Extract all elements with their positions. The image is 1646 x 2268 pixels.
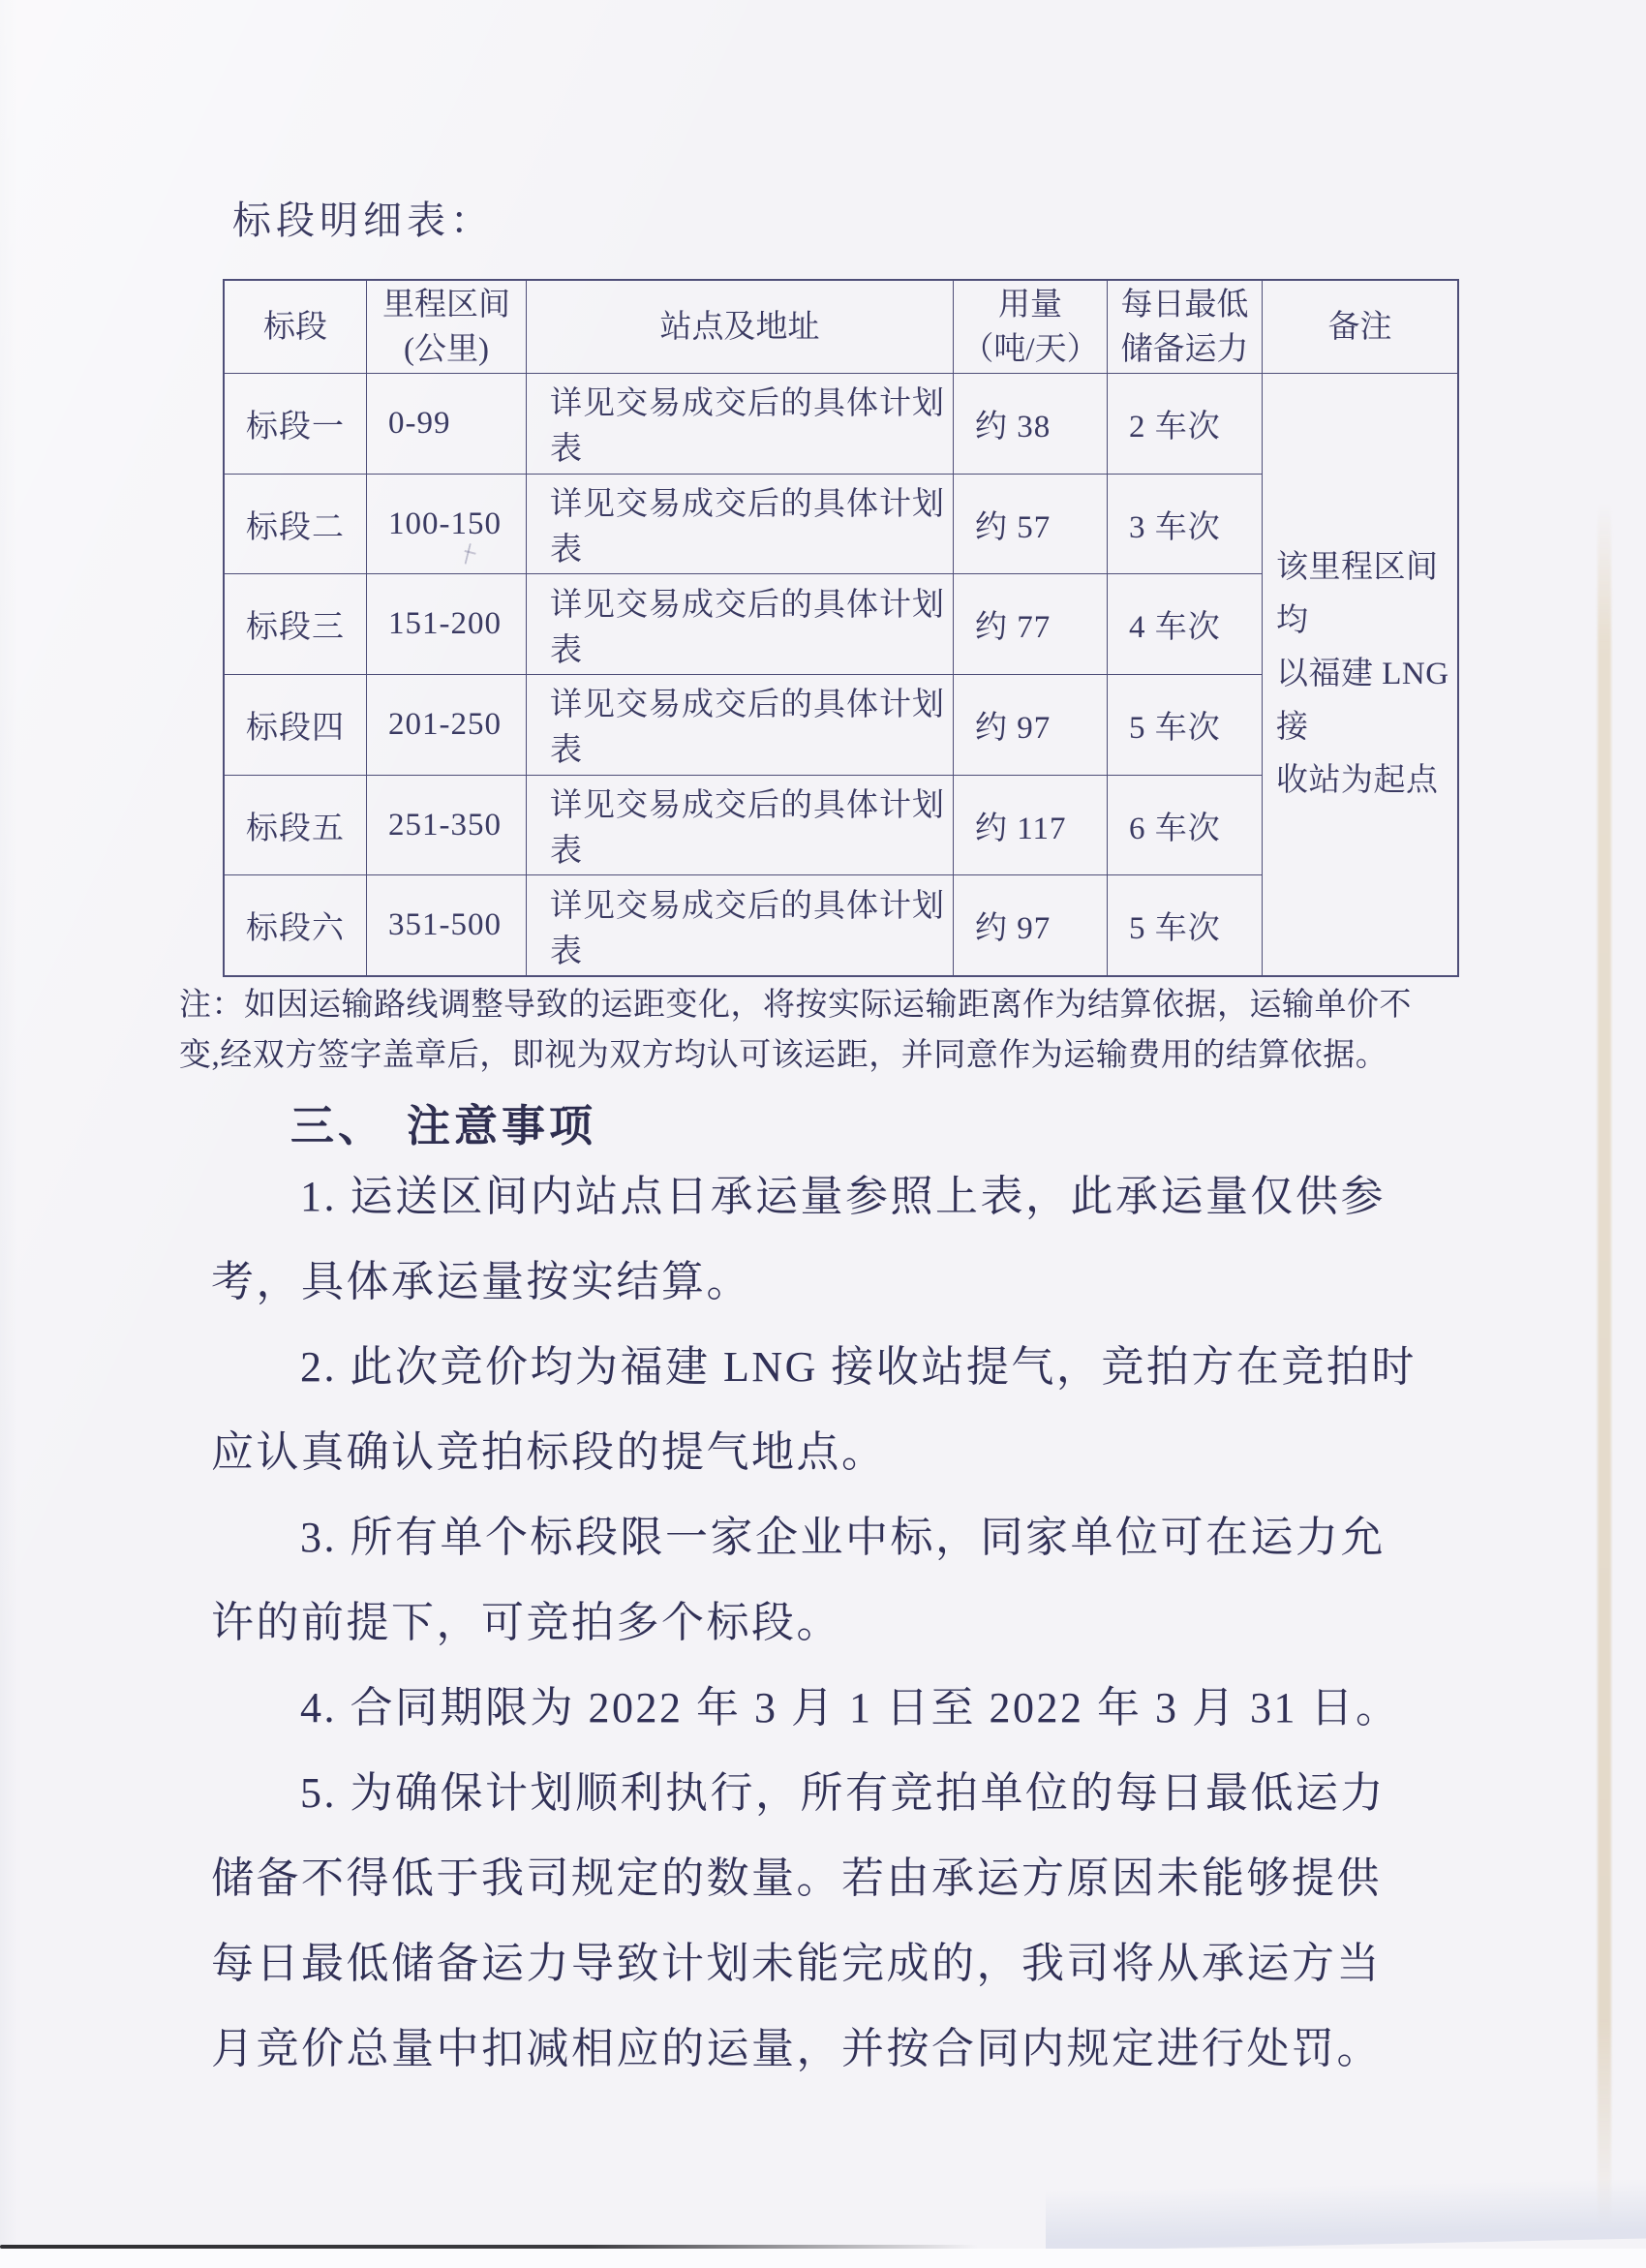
column-header-label: 用量 (998, 283, 1062, 327)
table-cell-station: 详见交易成交后的具体计划表 (526, 775, 953, 875)
table-cell-reserve: 4 车次 (1107, 573, 1262, 674)
segment-detail-table: 标段 里程区间 (公里) 站点及地址 用量 （吨/天） 每日最低 储备运力 备注… (223, 279, 1459, 977)
notice-line: 4. 合同期限为 2022 年 3 月 1 日至 2022 年 3 月 31 日… (211, 1666, 1431, 1751)
table-cell-usage: 约 117 (953, 775, 1107, 875)
table-cell-station: 详见交易成交后的具体计划表 (526, 874, 953, 975)
notice-section-number: 三、 (290, 1102, 385, 1150)
notice-line: 月竞价总量中扣减相应的运量，并按合同内规定进行处罚。 (211, 2007, 1431, 2092)
scan-edge-streak (1598, 504, 1611, 2227)
scan-corner-shade (1046, 2179, 1646, 2252)
table-cell-reserve: 5 车次 (1107, 674, 1262, 775)
table-cell-usage: 约 77 (953, 573, 1107, 674)
column-header-label: 每日最低 (1121, 283, 1249, 327)
table-cell-usage: 约 97 (953, 874, 1107, 975)
table-footnote: 注：如因运输路线调整导致的运距变化，将按实际运输距离作为结算依据，运输单价不变,… (179, 980, 1467, 1081)
table-cell-mileage: 251-350 (366, 775, 526, 875)
column-header-mileage: 里程区间 (公里) (366, 281, 526, 373)
table-cell-segment: 标段一 (225, 373, 366, 474)
column-header-station: 站点及地址 (526, 281, 953, 373)
table-cell-mileage: 100-150 (366, 474, 526, 574)
notice-line: 2. 此次竞价均为福建 LNG 接收站提气，竞拍方在竞拍时 (211, 1325, 1431, 1410)
column-header-label: 站点及地址 (660, 305, 820, 350)
table-cell-station: 详见交易成交后的具体计划表 (526, 573, 953, 674)
table-cell-reserve: 6 车次 (1107, 775, 1262, 875)
column-header-label: 标段 (263, 305, 327, 350)
table-cell-segment: 标段二 (225, 474, 366, 574)
table-cell-station: 详见交易成交后的具体计划表 (526, 373, 953, 474)
table-cell-reserve: 5 车次 (1107, 874, 1262, 975)
column-header-reserve: 每日最低 储备运力 (1107, 281, 1262, 373)
notice-line: 储备不得低于我司规定的数量。若由承运方原因未能够提供 (211, 1836, 1431, 1921)
merged-remark-cell: 该里程区间均以福建 LNG 接收站为起点 (1262, 373, 1457, 975)
table-cell-reserve: 3 车次 (1107, 474, 1262, 574)
remark-line: 以福建 LNG 接 (1276, 648, 1457, 754)
table-cell-mileage: 351-500 (366, 874, 526, 975)
table-cell-mileage: 201-250 (366, 674, 526, 775)
notice-section-title: 注意事项 (407, 1102, 596, 1150)
notice-section-heading: 三、注意事项 (290, 1090, 596, 1153)
notice-paragraphs: 1. 运送区间内站点日承运量参照上表，此承运量仅供参考，具体承运量按实结算。2.… (211, 1154, 1431, 2092)
column-header-label: (公里) (404, 327, 489, 372)
table-cell-usage: 约 57 (953, 474, 1107, 574)
footnote-line: 注：如因运输路线调整导致的运距变化，将按实际运输距离作为结算依据，运输单价不 (179, 980, 1467, 1030)
scan-bottom-strip (0, 2249, 1646, 2268)
table-cell-mileage: 151-200 (366, 573, 526, 674)
notice-line: 3. 所有单个标段限一家企业中标，同家单位可在运力允 (211, 1495, 1431, 1580)
notice-line: 每日最低储备运力导致计划未能完成的，我司将从承运方当 (211, 1921, 1431, 2007)
notice-line: 1. 运送区间内站点日承运量参照上表，此承运量仅供参 (211, 1154, 1431, 1240)
column-header-remark: 备注 (1262, 281, 1457, 373)
table-cell-mileage: 0-99 (366, 373, 526, 474)
table-cell-segment: 标段五 (225, 775, 366, 875)
scanned-document-page: 标段明细表： 标段 里程区间 (公里) 站点及地址 用量 （吨/天） 每日最低 … (0, 0, 1646, 2268)
table-cell-segment: 标段六 (225, 874, 366, 975)
table-cell-usage: 约 38 (953, 373, 1107, 474)
notice-line: 应认真确认竞拍标段的提气地点。 (211, 1410, 1431, 1495)
remark-line: 该里程区间均 (1276, 541, 1457, 648)
column-header-usage: 用量 （吨/天） (953, 281, 1107, 373)
notice-line: 许的前提下，可竞拍多个标段。 (211, 1580, 1431, 1666)
table-cell-reserve: 2 车次 (1107, 373, 1262, 474)
document-title: 标段明细表： (232, 190, 494, 245)
column-header-segment: 标段 (225, 281, 366, 373)
table-cell-segment: 标段三 (225, 573, 366, 674)
column-header-label: 储备运力 (1121, 327, 1249, 372)
remark-line: 收站为起点 (1276, 754, 1439, 808)
footnote-line: 变,经双方签字盖章后，即视为双方均认可该运距，并同意作为运输费用的结算依据。 (179, 1030, 1467, 1081)
column-header-label: 里程区间 (382, 283, 510, 327)
column-header-label: （吨/天） (961, 327, 1098, 372)
table-cell-usage: 约 97 (953, 674, 1107, 775)
notice-line: 考，具体承运量按实结算。 (211, 1240, 1431, 1325)
table-cell-station: 详见交易成交后的具体计划表 (526, 674, 953, 775)
table-cell-station: 详见交易成交后的具体计划表 (526, 474, 953, 574)
column-header-label: 备注 (1328, 305, 1392, 350)
table-cell-segment: 标段四 (225, 674, 366, 775)
notice-line: 5. 为确保计划顺利执行，所有竞拍单位的每日最低运力 (211, 1751, 1431, 1836)
